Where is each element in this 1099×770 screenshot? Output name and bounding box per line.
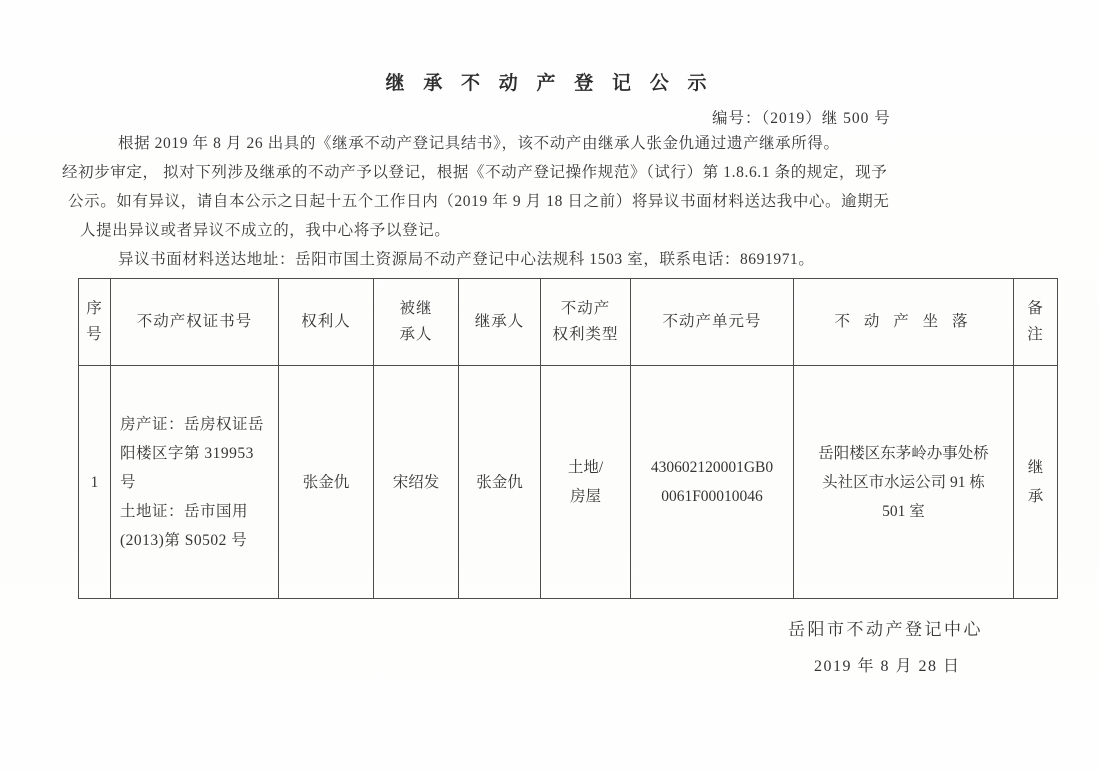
col-header-heir: 继承人 (459, 279, 541, 366)
body-paragraph-line-2: 经初步审定， 拟对下列涉及继承的不动产予以登记，根据《不动产登记操作规范》（试行… (62, 160, 887, 182)
cell-remark: 继 承 (1014, 366, 1058, 599)
cell-unit-no: 430602120001GB0 0061F00010046 (631, 366, 794, 599)
cell-heir: 张金仇 (459, 366, 541, 599)
body-paragraph-line-3: 公示。如有异议，请自本公示之日起十五个工作日内（2019 年 9 月 18 日之… (68, 189, 889, 211)
col-header-decedent: 被继 承人 (374, 279, 459, 366)
objection-address-line: 异议书面材料送达地址：岳阳市国土资源局不动产登记中心法规科 1503 室，联系电… (118, 247, 815, 269)
col-header-unit-no: 不动产单元号 (631, 279, 794, 366)
document-title: 继 承 不 动 产 登 记 公 示 (0, 68, 1099, 95)
registration-table: 序 号 不动产权证书号 权利人 被继 承人 继承人 不动产 权利类型 不动产单元… (78, 278, 1058, 599)
issuing-organization: 岳阳市不动产登记中心 (788, 615, 983, 640)
body-paragraph-line-4: 人提出异议或者异议不成立的，我中心将予以登记。 (80, 218, 450, 240)
issue-date: 2019 年 8 月 28 日 (814, 653, 961, 676)
document-number: 编号：（2019）继 500 号 (712, 106, 891, 128)
col-header-right-type: 不动产 权利类型 (541, 279, 631, 366)
col-header-holder: 权利人 (279, 279, 374, 366)
body-paragraph-line-1: 根据 2019 年 8 月 26 出具的《继承不动产登记具结书》，该不动产由继承… (118, 131, 840, 153)
cell-location: 岳阳楼区东茅岭办事处桥 头社区市水运公司 91 栋 501 室 (794, 366, 1014, 599)
table-row: 1 房产证：岳房权证岳 阳楼区字第 319953 号 土地证：岳市国用 (201… (79, 366, 1058, 599)
table-header-row: 序 号 不动产权证书号 权利人 被继 承人 继承人 不动产 权利类型 不动产单元… (79, 279, 1058, 366)
cell-decedent: 宋绍发 (374, 366, 459, 599)
col-header-remark: 备 注 (1014, 279, 1058, 366)
col-header-cert-no: 不动产权证书号 (111, 279, 279, 366)
col-header-seq: 序 号 (79, 279, 111, 366)
cell-cert-no: 房产证：岳房权证岳 阳楼区字第 319953 号 土地证：岳市国用 (2013)… (111, 366, 279, 599)
scanned-notice-document: 继 承 不 动 产 登 记 公 示 编号：（2019）继 500 号 根据 20… (0, 0, 1099, 770)
cell-seq: 1 (79, 366, 111, 599)
col-header-location: 不 动 产 坐 落 (794, 279, 1014, 366)
cell-holder: 张金仇 (279, 366, 374, 599)
cell-right-type: 土地/ 房屋 (541, 366, 631, 599)
